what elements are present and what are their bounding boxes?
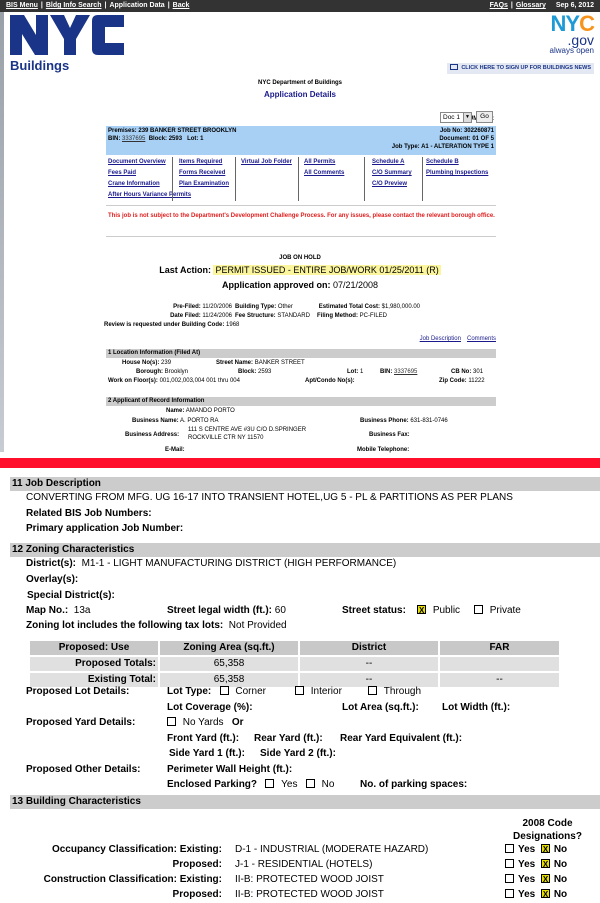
nyc-gov-logo[interactable]: NYC .gov always open [540, 14, 594, 62]
premises-ids: BIN: 3337695 Block: 2593 Lot: 1 [108, 135, 494, 143]
page-title: Application Details [0, 90, 600, 99]
nav-sep: | [41, 2, 43, 9]
building-row-label: Construction Classification: Existing: [0, 873, 222, 887]
bin-link[interactable]: 3337695 [394, 369, 417, 375]
business-address: 111 S CENTRE AVE #3U C/O D.SPRINGERROCKV… [188, 426, 306, 442]
building-row-label: Proposed: [0, 858, 222, 872]
block: Block: 2593 [238, 368, 271, 377]
divider [172, 157, 173, 201]
business-name: Business Name: A. PORTO RA [132, 417, 219, 426]
overlays: Overlay(s): [26, 573, 78, 587]
gov-text: .gov [540, 34, 594, 46]
building-code: Review is requested under Building Code:… [104, 321, 239, 330]
divider [235, 157, 236, 201]
news-button-label: CLICK HERE TO SIGN UP FOR BUILDINGS NEWS [461, 65, 591, 71]
zoning-table: Proposed: Use Zoning Area (sq.ft.) Distr… [28, 639, 561, 689]
premises-bar: Premises: 239 BANKER STREET BROOKLYN BIN… [106, 126, 496, 155]
left-edge-strip [0, 12, 4, 452]
perimeter-wall-height: Perimeter Wall Height (ft.): [167, 763, 292, 777]
envelope-icon [450, 64, 458, 70]
links-col-5: Schedule A C/O Summary C/O Preview [372, 157, 412, 190]
building-row-label: Proposed: [0, 888, 222, 902]
business-phone: Business Phone: 631-831-0746 [360, 417, 448, 426]
table-row: Proposed Totals: 65,358 -- [30, 657, 559, 671]
no-checkbox[interactable] [541, 889, 550, 898]
link-after-hours-variance[interactable]: After Hours Variance Permits [108, 190, 191, 201]
buildings-news-signup-button[interactable]: CLICK HERE TO SIGN UP FOR BUILDINGS NEWS [447, 63, 594, 74]
nav-back[interactable]: Back [173, 2, 190, 9]
section-links: Job DescriptionComments [414, 336, 496, 342]
approved-date: Application approved on: 07/21/2008 [0, 280, 600, 290]
department-name: NYC Department of Buildings [0, 80, 600, 86]
applicant-heading: 2 Applicant of Record Information [106, 397, 496, 406]
top-navbar: BIS Menu|Bldg Info Search|Application Da… [0, 0, 600, 12]
nav-faqs[interactable]: FAQs [490, 2, 508, 9]
building-row-label: Occupancy Classification: Existing: [0, 843, 222, 857]
link-co-summary[interactable]: C/O Summary [372, 168, 412, 179]
go-button[interactable]: Go [476, 111, 493, 123]
public-checkbox[interactable] [417, 605, 426, 614]
building-row-value: J-1 - RESIDENTIAL (HOTELS) [235, 858, 372, 872]
zoning-heading: 12 Zoning Characteristics [10, 543, 600, 557]
street-name: Street Name: BANKER STREET [216, 359, 305, 368]
link-schedule-b[interactable]: Schedule B [426, 157, 488, 168]
document-number: Document: 01 OF 5 [439, 135, 494, 143]
divider [422, 157, 423, 201]
divider [106, 205, 496, 206]
code-designations-heading: 2008 CodeDesignations? [505, 817, 590, 843]
building-type: Building Type: Other Fee Structure: STAN… [235, 303, 310, 321]
location-heading: 1 Location Information (Filed At) [106, 349, 496, 358]
nav-glossary[interactable]: Glossary [516, 2, 546, 9]
work-floors: Work on Floor(s): 001,002,003,004 001 th… [108, 377, 240, 386]
private-checkbox[interactable] [474, 605, 483, 614]
filing-dates: Pre-Filed: 11/20/2006 Date Filed: 11/24/… [134, 303, 232, 321]
side-yard-1: Side Yard 1 (ft.): [169, 747, 245, 761]
parking-no-checkbox[interactable] [306, 779, 315, 788]
divider [364, 157, 365, 201]
rear-yard-equivalent: Rear Yard Equivalent (ft.): [340, 732, 462, 746]
links-col-6: Schedule B Plumbing Inspections [426, 157, 488, 179]
nav-sep: | [168, 2, 170, 9]
link-items-required[interactable]: Items Required [179, 157, 229, 168]
premises-address: Premises: 239 BANKER STREET BROOKLYN [108, 127, 494, 135]
bin-link[interactable]: 3337695 [122, 136, 145, 142]
front-yard: Front Yard (ft.): [167, 732, 239, 746]
no-checkbox[interactable] [541, 859, 550, 868]
business-address-label: Business Address: [125, 431, 179, 440]
yes-checkbox[interactable] [505, 844, 514, 853]
lot-type-interior: Interior [295, 685, 342, 699]
nav-sep: | [511, 2, 513, 9]
links-col-4: All Permits All Comments [304, 157, 344, 179]
building-heading: 13 Building Characteristics [10, 795, 600, 809]
zip-code: Zip Code: 11222 [439, 377, 485, 386]
no-checkbox[interactable] [541, 844, 550, 853]
chevron-down-icon: ▼ [463, 113, 471, 122]
side-yard-2: Side Yard 2 (ft.): [260, 747, 336, 761]
code-designation: Yes No [505, 843, 567, 857]
parking-spaces: No. of parking spaces: [360, 778, 467, 792]
links-col-2: Items Required Forms Received Plan Exami… [179, 157, 229, 190]
nyc-gov-mark: NYC [540, 14, 594, 34]
lot: Lot: 1 [347, 368, 363, 377]
applicant-name: Name: AMANDO PORTO [166, 407, 235, 416]
link-all-comments[interactable]: All Comments [304, 168, 344, 179]
divider [298, 157, 299, 201]
lot-type: Lot Type: Corner [167, 685, 266, 699]
cb-number: CB No: 301 [451, 368, 483, 377]
jump-selected-value: Doc 1 [443, 114, 460, 121]
link-co-preview[interactable]: C/O Preview [372, 179, 412, 190]
gov-tagline: always open [540, 46, 594, 56]
borough: Borough: Brooklyn [136, 368, 188, 377]
enclosed-parking: Enclosed Parking? Yes No [167, 778, 334, 792]
section-divider-bar [0, 458, 600, 468]
building-row-value: II-B: PROTECTED WOOD JOIST [235, 873, 384, 887]
lot-coverage: Lot Coverage (%): [167, 701, 253, 715]
yes-checkbox[interactable] [505, 874, 514, 883]
cost-method: Estimated Total Cost: $1,980,000.00 Fili… [300, 303, 420, 321]
code-designation: Yes No [505, 888, 567, 902]
house-number: House No(s): 239 [122, 359, 171, 368]
bin: BIN: 3337695 [380, 368, 417, 377]
tax-lots: Zoning lot includes the following tax lo… [26, 619, 287, 633]
lot-width: Lot Width (ft.): [442, 701, 510, 715]
yard-details-label: Proposed Yard Details: [26, 716, 135, 730]
links-col-3: Virtual Job Folder [241, 157, 292, 168]
street-legal-width: Street legal width (ft.): 60 [167, 604, 286, 618]
nav-bis-menu[interactable]: BIS Menu [6, 2, 38, 9]
email: E-Mail: [165, 446, 185, 455]
nav-bldg-info-search[interactable]: Bldg Info Search [46, 2, 102, 9]
no-checkbox[interactable] [541, 874, 550, 883]
link-virtual-job-folder[interactable]: Virtual Job Folder [241, 157, 292, 168]
building-row-value: D-1 - INDUSTRIAL (MODERATE HAZARD) [235, 843, 428, 857]
nav-date: Sep 6, 2012 [556, 2, 594, 9]
special-districts: Special District(s): [27, 589, 115, 603]
mobile-telephone: Mobile Telephone: [357, 446, 409, 455]
link-job-description[interactable]: Job Description [420, 336, 461, 342]
document-links: Document Overview Fees Paid Crane Inform… [106, 157, 496, 203]
other-details-label: Proposed Other Details: [26, 763, 140, 777]
divider [106, 236, 496, 237]
code-designation: Yes No [505, 858, 567, 872]
link-plumbing-inspections[interactable]: Plumbing Inspections [426, 168, 488, 179]
link-all-permits[interactable]: All Permits [304, 157, 344, 168]
parking-yes-checkbox[interactable] [265, 779, 274, 788]
job-status: JOB ON HOLD [0, 255, 600, 261]
link-schedule-a[interactable]: Schedule A [372, 157, 412, 168]
development-challenge-warning: This job is not subject to the Departmen… [108, 212, 496, 221]
building-row-value: II-B: PROTECTED WOOD JOIST [235, 888, 384, 902]
job-description-text: CONVERTING FROM MFG. UG 16-17 INTO TRANS… [26, 491, 513, 505]
link-plan-examination[interactable]: Plan Examination [179, 179, 229, 190]
through-checkbox[interactable] [368, 686, 377, 695]
zoning-district: District(s): M1-1 - LIGHT MANUFACTURING … [26, 557, 396, 571]
business-fax: Business Fax: [369, 431, 410, 440]
table-header-row: Proposed: Use Zoning Area (sq.ft.) Distr… [30, 641, 559, 655]
no-yards: No Yards Or [167, 716, 244, 730]
jump-to-select[interactable]: Doc 1▼ [440, 112, 472, 123]
related-job-numbers: Related BIS Job Numbers: [26, 507, 152, 521]
last-action: Last Action: PERMIT ISSUED - ENTIRE JOB/… [0, 265, 600, 275]
nyc-buildings-logo-icon[interactable] [10, 15, 126, 55]
nav-sep: | [104, 2, 106, 9]
job-type: Job Type: A1 - ALTERATION TYPE 1 [392, 143, 494, 151]
primary-job-number: Primary application Job Number: [26, 522, 183, 536]
corner-checkbox[interactable] [220, 686, 229, 695]
code-designation: Yes No [505, 873, 567, 887]
link-forms-received[interactable]: Forms Received [179, 168, 229, 179]
map-number: Map No.: 13a [26, 604, 90, 618]
apt-condo: Apt/Condo No(s): [305, 377, 355, 386]
yes-checkbox[interactable] [505, 889, 514, 898]
yes-checkbox[interactable] [505, 859, 514, 868]
street-status: Street status: Public Private [342, 604, 521, 618]
job-number: Job No: 302260871 [440, 127, 494, 135]
logo-buildings-text: Buildings [10, 58, 69, 73]
lot-area: Lot Area (sq.ft.): [342, 701, 419, 715]
lot-details-label: Proposed Lot Details: [26, 685, 129, 699]
lot-type-through: Through [368, 685, 421, 699]
last-action-value: PERMIT ISSUED - ENTIRE JOB/WORK 01/25/20… [213, 265, 440, 275]
job-description-heading: 11 Job Description [10, 477, 600, 491]
bis-page-top: BIS Menu|Bldg Info Search|Application Da… [0, 0, 600, 452]
interior-checkbox[interactable] [295, 686, 304, 695]
nav-application-data: Application Data [109, 2, 164, 9]
no-yards-checkbox[interactable] [167, 717, 176, 726]
rear-yard: Rear Yard (ft.): [254, 732, 323, 746]
link-comments[interactable]: Comments [467, 336, 496, 342]
